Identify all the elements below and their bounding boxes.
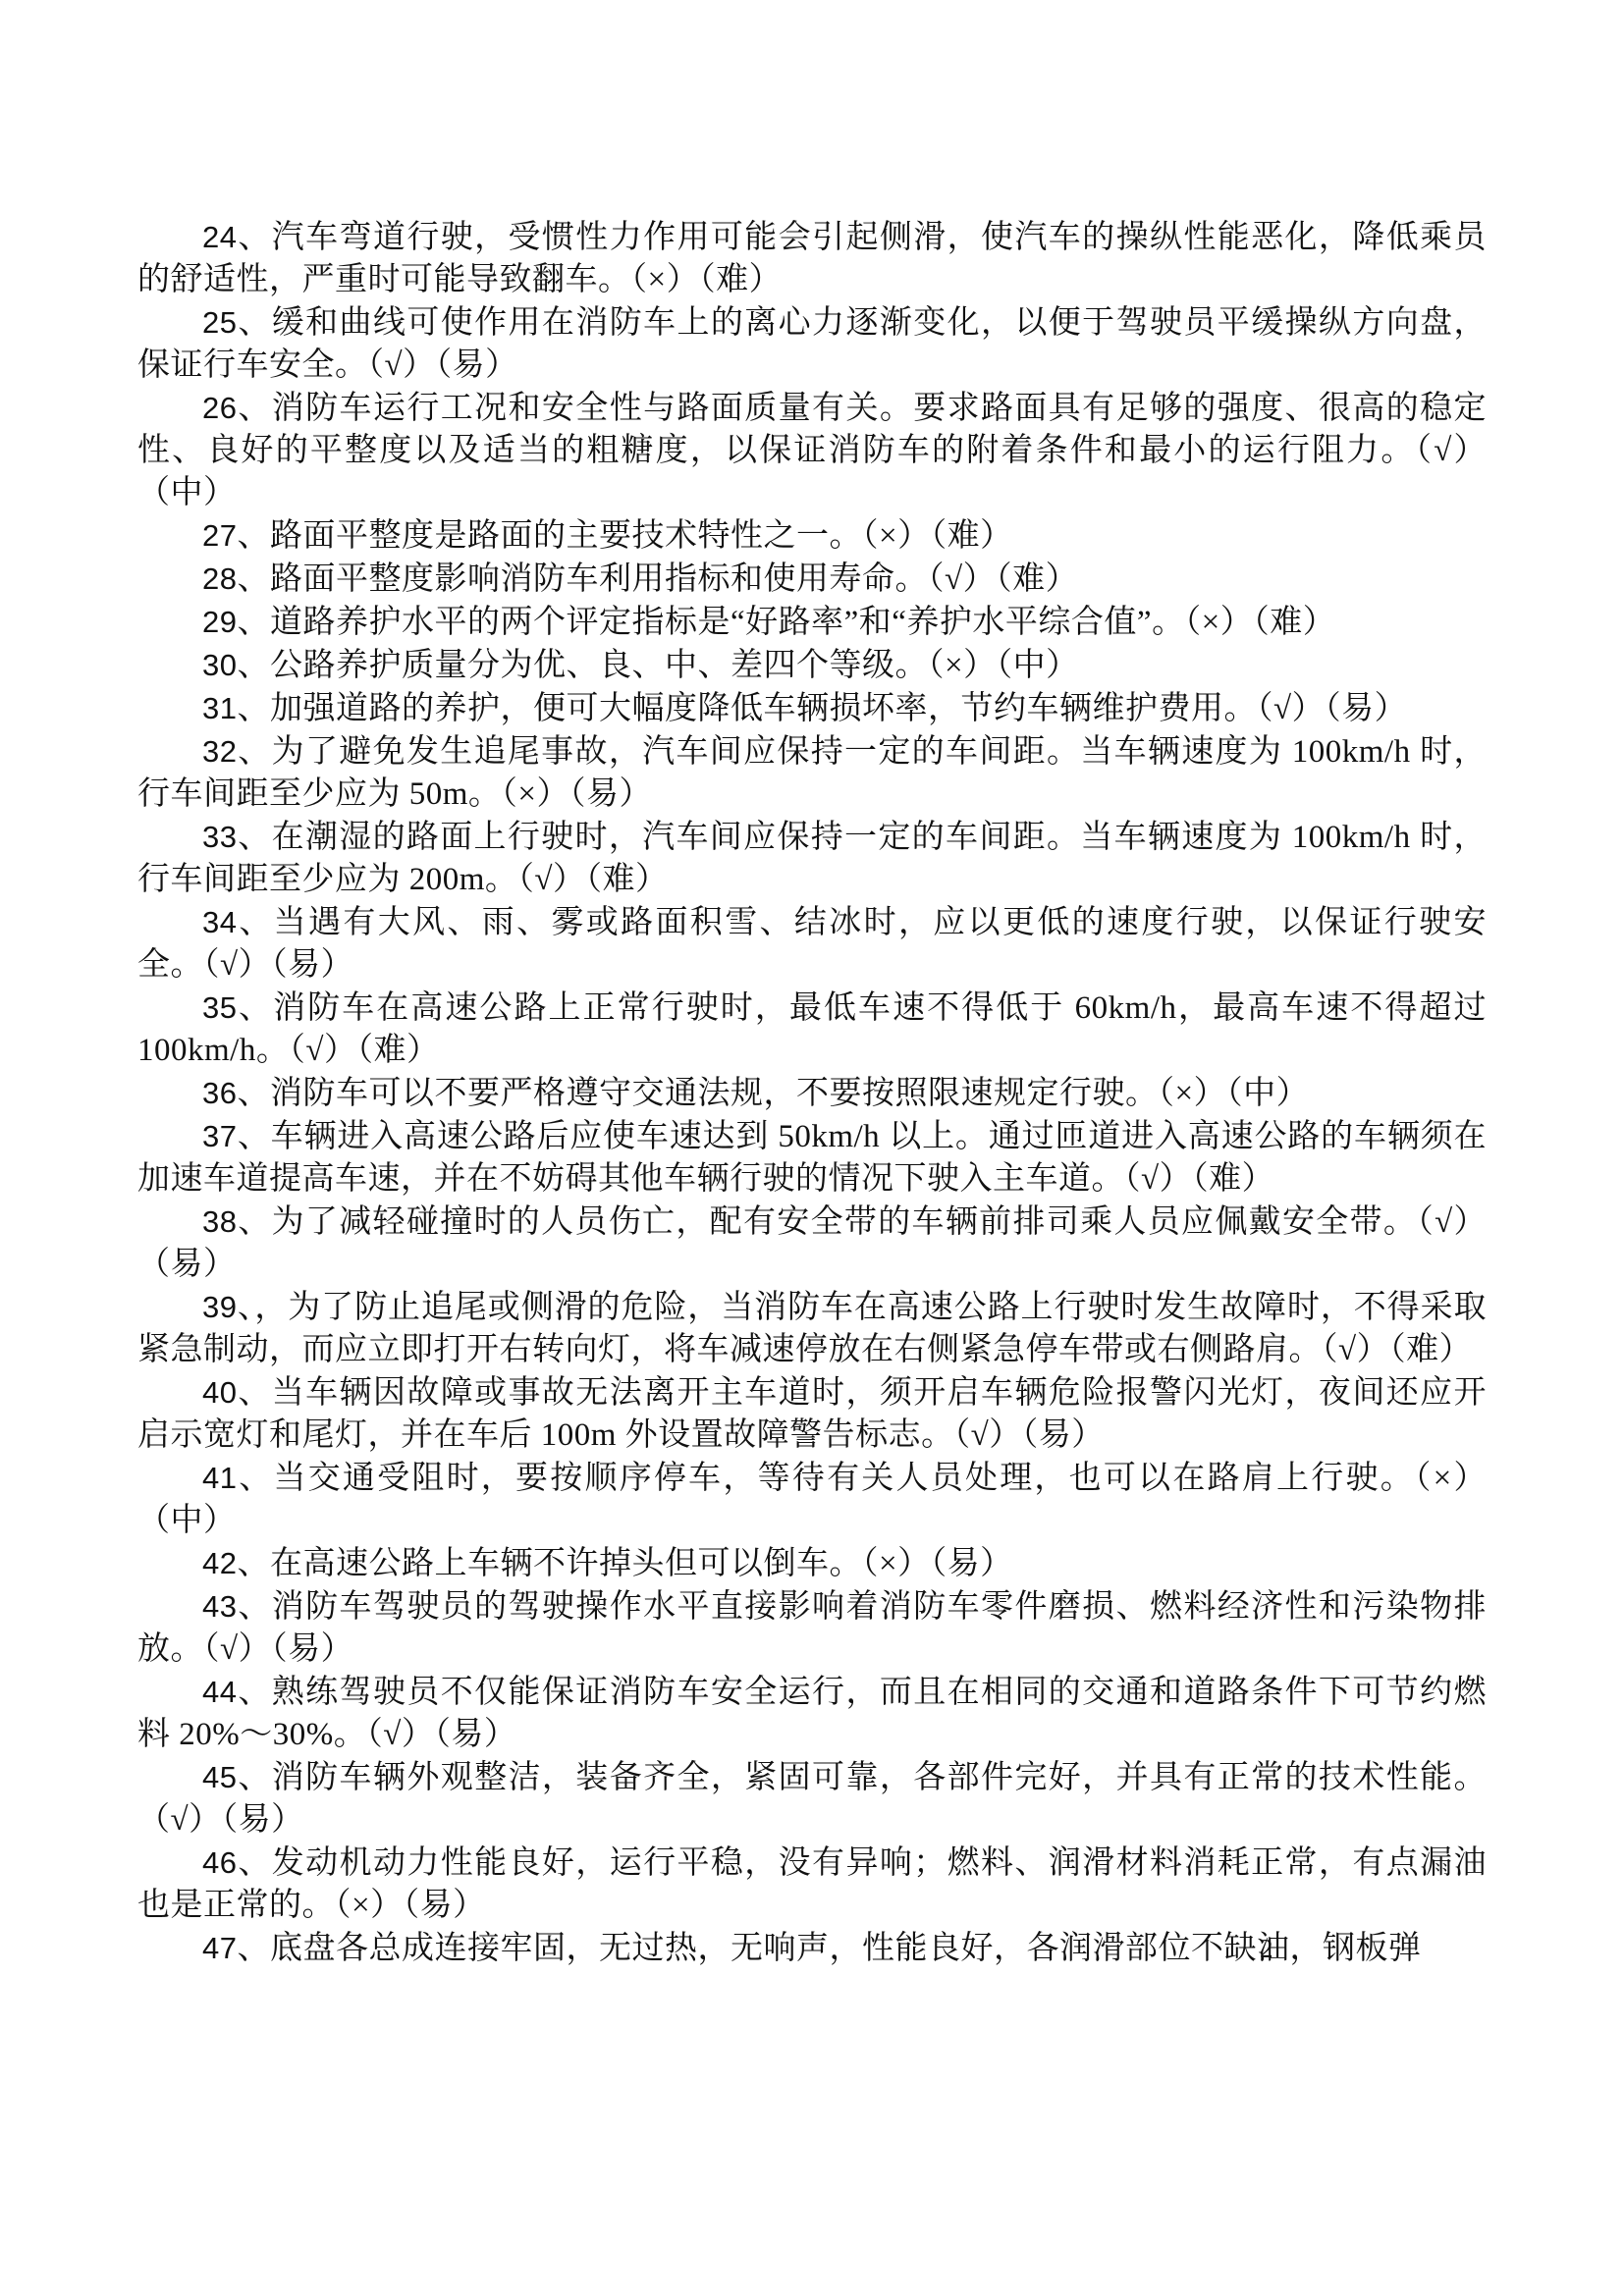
- question-item: 40、当车辆因故障或事故无法离开主车道时，须开启车辆危险报警闪光灯，夜间还应开启…: [137, 1371, 1487, 1457]
- question-number: 46: [202, 1845, 237, 1880]
- question-item: 37、车辆进入高速公路后应使车速达到 50km/h 以上。通过匝道进入高速公路的…: [137, 1115, 1487, 1201]
- difficulty-mark: （易）: [404, 1888, 486, 1923]
- difficulty-mark: （难）: [699, 262, 782, 297]
- question-number: 43: [202, 1589, 237, 1624]
- question-item: 28、路面平整度影响消防车利用指标和使用寿命。（√）（难）: [137, 558, 1487, 601]
- difficulty-mark: （中）: [137, 475, 237, 510]
- question-text: 、公路养护质量分为优、良、中、差四个等级。: [237, 648, 928, 683]
- question-text: 、在潮湿的路面上行驶时，汽车间应保持一定的车间距。当车辆速度为 100km/h …: [137, 820, 1487, 897]
- question-item: 24、汽车弯道行驶，受惯性力作用可能会引起侧滑，使汽车的操纵性能恶化，降低乘员的…: [137, 216, 1487, 301]
- difficulty-mark: （易）: [434, 1717, 516, 1752]
- difficulty-mark: （易）: [271, 1631, 353, 1667]
- answer-mark: （×）: [862, 518, 931, 554]
- question-number: 26: [202, 391, 237, 425]
- answer-mark: （×）: [1185, 605, 1254, 640]
- question-item: 35、消防车在高速公路上正常行驶时，最低车速不得低于 60km/h，最高车速不得…: [137, 987, 1487, 1072]
- question-text: 、车辆进入高速公路后应使车速达到 50km/h 以上。通过匝道进入高速公路的车辆…: [137, 1119, 1487, 1197]
- question-number: 36: [202, 1076, 237, 1110]
- difficulty-mark: （易）: [1325, 691, 1407, 726]
- question-item: 41、当交通受阻时，要按顺序停车，等待有关人员处理，也可以在路肩上行驶。（×）（…: [137, 1457, 1487, 1542]
- question-item: 30、公路养护质量分为优、良、中、差四个等级。（×）（中）: [137, 644, 1487, 687]
- question-item: 36、消防车可以不要严格遵守交通法规，不要按照限速规定行驶。（×）（中）: [137, 1072, 1487, 1115]
- question-text: 、消防车运行工况和安全性与路面质量有关。要求路面具有足够的强度、很高的稳定性、良…: [137, 391, 1487, 468]
- question-number: 42: [202, 1546, 237, 1580]
- question-number: 35: [202, 990, 237, 1025]
- question-item: 42、在高速公路上车辆不许掉头但可以倒车。（×）（易）: [137, 1542, 1487, 1585]
- difficulty-mark: （难）: [1389, 1332, 1472, 1367]
- question-item: 46、发动机动力性能良好，运行平稳，没有异响；燃料、润滑材料消耗正常，有点漏油也…: [137, 1842, 1487, 1927]
- document-page: 24、汽车弯道行驶，受惯性力作用可能会引起侧滑，使汽车的操纵性能恶化，降低乘员的…: [0, 0, 1624, 2296]
- question-item: 29、道路养护水平的两个评定指标是“好路率”和“养护水平综合值”。（×）（难）: [137, 601, 1487, 644]
- question-text: 、当车辆因故障或事故无法离开主车道时，须开启车辆危险报警闪光灯，夜间还应开启示宽…: [137, 1375, 1487, 1453]
- question-item: 43、消防车驾驶员的驾驶操作水平直接影响着消防车零件磨损、燃料经济性和污染物排放…: [137, 1585, 1487, 1671]
- question-number: 39: [202, 1290, 237, 1324]
- question-item: 39、，为了防止追尾或侧滑的危险，当消防车在高速公路上行驶时发生故障时，不得采取…: [137, 1286, 1487, 1371]
- answer-mark: （√）: [368, 347, 436, 383]
- difficulty-mark: （易）: [931, 1546, 1013, 1581]
- difficulty-mark: （难）: [586, 862, 669, 897]
- difficulty-mark: （难）: [996, 561, 1078, 597]
- answer-mark: （×）: [928, 648, 997, 683]
- answer-mark: （√）: [517, 862, 585, 897]
- answer-mark: （×）: [862, 1546, 931, 1581]
- question-text: 、路面平整度是路面的主要技术特性之一。: [237, 518, 862, 554]
- question-list: 24、汽车弯道行驶，受惯性力作用可能会引起侧滑，使汽车的操纵性能恶化，降低乘员的…: [137, 216, 1487, 1970]
- question-number: 27: [202, 518, 237, 553]
- question-text: 、道路养护水平的两个评定指标是“好路率”和“养护水平综合值”。: [237, 605, 1184, 640]
- difficulty-mark: （易）: [1022, 1417, 1105, 1453]
- question-text: 、当交通受阻时，要按顺序停车，等待有关人员处理，也可以在路肩上行驶。: [237, 1461, 1414, 1496]
- difficulty-mark: （中）: [997, 648, 1079, 683]
- question-item: 34、当遇有大风、雨、雾或路面积雪、结冰时，应以更低的速度行驶，以保证行驶安全。…: [137, 901, 1487, 987]
- question-number: 31: [202, 691, 237, 725]
- question-number: 24: [202, 220, 237, 254]
- question-number: 34: [202, 905, 237, 939]
- answer-mark: （√）: [289, 1033, 356, 1068]
- question-item: 31、加强道路的养护，便可大幅度降低车辆损坏率，节约车辆维护费用。（√）（易）: [137, 687, 1487, 730]
- question-item: 26、消防车运行工况和安全性与路面质量有关。要求路面具有足够的强度、很高的稳定性…: [137, 387, 1487, 514]
- question-number: 32: [202, 734, 237, 769]
- question-number: 30: [202, 648, 237, 682]
- difficulty-mark: （易）: [436, 347, 518, 383]
- page-number: 2: [1260, 1936, 1273, 1962]
- answer-mark: （√）: [1257, 691, 1325, 726]
- question-text: 、为了避免发生追尾事故，汽车间应保持一定的车间距。当车辆速度为 100km/h …: [137, 734, 1487, 812]
- question-item: 32、为了避免发生追尾事故，汽车间应保持一定的车间距。当车辆速度为 100km/…: [137, 730, 1487, 816]
- difficulty-mark: （易）: [137, 1247, 237, 1282]
- question-number: 41: [202, 1461, 237, 1495]
- question-item: 38、为了减轻碰撞时的人员伤亡，配有安全带的车辆前排司乘人员应佩戴安全带。（√）…: [137, 1201, 1487, 1286]
- answer-mark: （√）: [1416, 433, 1487, 468]
- answer-mark: （×）: [631, 262, 700, 297]
- question-number: 47: [202, 1931, 237, 1965]
- question-number: 45: [202, 1760, 237, 1794]
- question-text: 、消防车辆外观整洁，装备齐全，紧固可靠，各部件完好，并具有正常的技术性能。: [237, 1760, 1487, 1795]
- question-text: 、熟练驾驶员不仅能保证消防车安全运行，而且在相同的交通和道路条件下可节约燃料 2…: [137, 1675, 1487, 1752]
- difficulty-mark: （难）: [356, 1033, 439, 1068]
- answer-mark: （×）: [501, 776, 569, 812]
- answer-mark: （√）: [203, 1631, 271, 1667]
- question-item: 33、在潮湿的路面上行驶时，汽车间应保持一定的车间距。当车辆速度为 100km/…: [137, 816, 1487, 901]
- difficulty-mark: （难）: [931, 518, 1013, 554]
- question-text: 、消防车可以不要严格遵守交通法规，不要按照限速规定行驶。: [237, 1076, 1158, 1111]
- question-text: 、底盘各总成连接牢固，无过热，无响声，性能良好，各润滑部位不缺油，钢板弹: [237, 1931, 1421, 1966]
- question-number: 33: [202, 820, 237, 854]
- question-number: 28: [202, 561, 237, 596]
- question-number: 44: [202, 1675, 237, 1709]
- question-text: 、在高速公路上车辆不许掉头但可以倒车。: [237, 1546, 862, 1581]
- question-text: 、路面平整度影响消防车利用指标和使用寿命。: [237, 561, 928, 597]
- question-text: 、汽车弯道行驶，受惯性力作用可能会引起侧滑，使汽车的操纵性能恶化，降低乘员的舒适…: [137, 220, 1487, 297]
- answer-mark: （√）: [954, 1417, 1022, 1453]
- question-number: 29: [202, 605, 237, 639]
- difficulty-mark: （中）: [1226, 1076, 1309, 1111]
- difficulty-mark: （易）: [271, 947, 353, 983]
- difficulty-mark: （易）: [222, 1802, 304, 1838]
- question-item: 44、熟练驾驶员不仅能保证消防车安全运行，而且在相同的交通和道路条件下可节约燃料…: [137, 1671, 1487, 1756]
- answer-mark: （√）: [366, 1717, 434, 1752]
- question-item: 27、路面平整度是路面的主要技术特性之一。（×）（难）: [137, 514, 1487, 558]
- answer-mark: （√）: [1322, 1332, 1389, 1367]
- answer-mark: （√）: [928, 561, 996, 597]
- question-item: 45、消防车辆外观整洁，装备齐全，紧固可靠，各部件完好，并具有正常的技术性能。（…: [137, 1756, 1487, 1842]
- answer-mark: （×）: [1158, 1076, 1226, 1111]
- answer-mark: （√）: [1124, 1161, 1192, 1197]
- difficulty-mark: （难）: [1253, 605, 1335, 640]
- question-text: 、，为了防止追尾或侧滑的危险，当消防车在高速公路上行驶时发生故障时，不得采取紧急…: [137, 1290, 1487, 1367]
- question-number: 25: [202, 305, 237, 340]
- difficulty-mark: （难）: [1192, 1161, 1274, 1197]
- difficulty-mark: （中）: [137, 1503, 237, 1538]
- answer-mark: （√）: [203, 947, 271, 983]
- answer-mark: （√）: [137, 1802, 222, 1838]
- answer-mark: （√）: [1417, 1204, 1487, 1240]
- question-number: 37: [202, 1119, 237, 1153]
- question-text: 、加强道路的养护，便可大幅度降低车辆损坏率，节约车辆维护费用。: [237, 691, 1257, 726]
- answer-mark: （×）: [1415, 1461, 1487, 1496]
- question-text: 、为了减轻碰撞时的人员伤亡，配有安全带的车辆前排司乘人员应佩戴安全带。: [237, 1204, 1417, 1240]
- question-item: 25、缓和曲线可使作用在消防车上的离心力逐渐变化，以便于驾驶员平缓操纵方向盘，保…: [137, 301, 1487, 387]
- answer-mark: （×）: [335, 1888, 404, 1923]
- question-number: 40: [202, 1375, 237, 1410]
- difficulty-mark: （易）: [569, 776, 652, 812]
- question-item: 47、底盘各总成连接牢固，无过热，无响声，性能良好，各润滑部位不缺油，钢板弹: [137, 1927, 1487, 1970]
- question-text: 、缓和曲线可使作用在消防车上的离心力逐渐变化，以便于驾驶员平缓操纵方向盘，保证行…: [137, 305, 1487, 383]
- question-number: 38: [202, 1204, 237, 1239]
